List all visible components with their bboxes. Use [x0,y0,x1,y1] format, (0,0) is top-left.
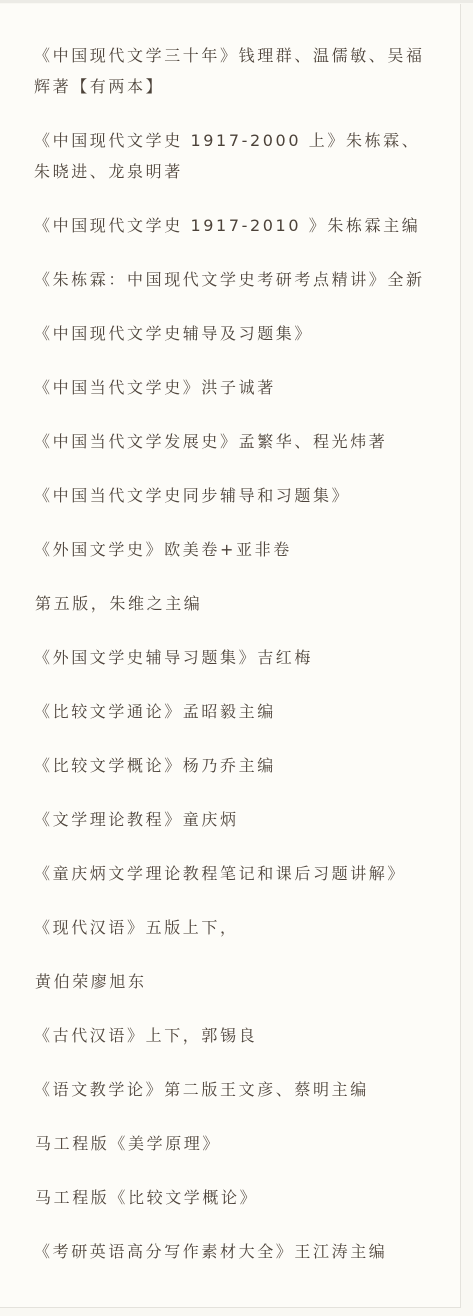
list-item: 《比较文学概论》杨乃乔主编 [34,750,434,781]
list-item: 第五版，朱维之主编 [35,588,434,619]
list-item: 马工程版《美学原理》 [35,1128,434,1159]
list-item: 《中国现代文学史 1917-2000 上》朱栋霖、朱晓进、龙泉明著 [34,125,434,187]
list-item: 《童庆炳文学理论教程笔记和课后习题讲解》 [34,858,434,889]
list-item: 《古代汉语》上下，郭锡良 [34,1020,434,1051]
list-item: 《比较文学通论》孟昭毅主编 [34,696,434,727]
list-item: 《朱栋霖：中国现代文学史考研考点精讲》全新 [34,264,434,295]
book-list: 《中国现代文学三十年》钱理群、温儒敏、吴福辉著【有两本】 《中国现代文学史 19… [34,40,434,1290]
list-item: 《中国当代文学史》洪子诚著 [34,372,434,403]
top-divider [0,0,473,3]
list-item: 《文学理论教程》童庆炳 [34,804,434,835]
list-item: 《中国当代文学发展史》孟繁华、程光炜著 [34,426,434,457]
list-item: 《考研英语高分写作素材大全》王江涛主编 [34,1236,434,1267]
list-item: 《外国文学史》欧美卷+亚非卷 [34,534,434,565]
list-item: 马工程版《比较文学概论》 [35,1182,434,1213]
content-card: 《中国现代文学三十年》钱理群、温儒敏、吴福辉著【有两本】 《中国现代文学史 19… [0,4,461,1308]
list-item: 《中国当代文学史同步辅导和习题集》 [34,480,434,511]
list-item: 黄伯荣廖旭东 [35,966,434,997]
list-item: 《语文教学论》第二版王文彦、蔡明主编 [34,1074,434,1105]
list-item: 《中国现代文学三十年》钱理群、温儒敏、吴福辉著【有两本】 [34,40,434,102]
list-item: 《现代汉语》五版上下， [34,912,434,943]
list-item: 《中国现代文学史 1917-2010 》朱栋霖主编 [34,210,434,241]
list-item: 《中国现代文学史辅导及习题集》 [34,318,434,349]
list-item: 《外国文学史辅导习题集》吉红梅 [34,642,434,673]
